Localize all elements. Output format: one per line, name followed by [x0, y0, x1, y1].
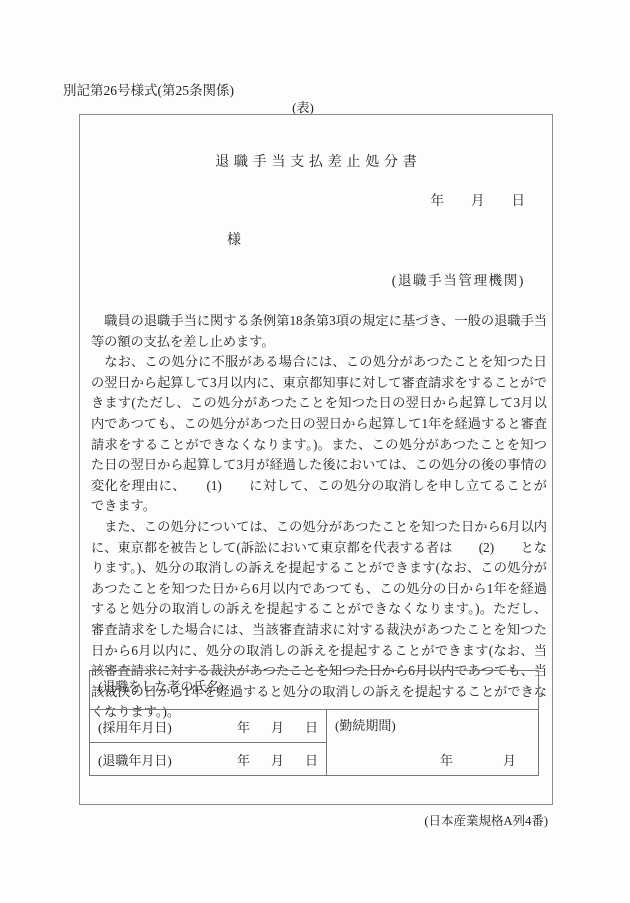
- form-number-label: 別記第26号様式(第25条関係): [63, 79, 234, 99]
- form-border-box: 退職手当支払差止処分書 年 月 日 様 (退職手当管理機関) 職員の退職手当に関…: [79, 114, 553, 805]
- document-page: 別記第26号様式(第25条関係) (表) 退職手当支払差止処分書 年 月 日 様…: [0, 0, 630, 903]
- year-unit: 年: [440, 750, 453, 769]
- month-unit: 月: [271, 750, 284, 769]
- addressee-suffix: 様: [227, 229, 241, 249]
- retiree-name-cell: (退職をした者の氏名): [90, 671, 539, 710]
- service-period-cell: (勤続期間) 年 月: [327, 710, 539, 776]
- issuer-line: (退職手当管理機関): [392, 269, 525, 289]
- table-row: (退職をした者の氏名): [90, 671, 539, 710]
- retiree-info-table: (退職をした者の氏名) (採用年月日) 年 月 日 (勤続期間): [89, 670, 539, 776]
- paragraph-appeal-rights: なお、この処分に不服がある場合には、この処分があつたことを知つた日の翌日から起算…: [91, 352, 547, 517]
- day-unit: 日: [305, 717, 318, 736]
- body-text: 職員の退職手当に関する条例第18条第3項の規定に基づき、一般の退職手当等の額の支…: [91, 311, 547, 723]
- hire-date-cell: (採用年月日) 年 月 日: [90, 710, 327, 743]
- table-row: (採用年月日) 年 月 日 (勤続期間) 年 月: [90, 710, 539, 743]
- retire-date-cell: (退職年月日) 年 月 日: [90, 743, 327, 776]
- month-unit: 月: [271, 717, 284, 736]
- month-unit: 月: [503, 750, 516, 769]
- paper-size-note: (日本産業規格A列4番): [424, 811, 548, 829]
- document-title: 退職手当支払差止処分書: [80, 151, 552, 171]
- paragraph-suspension-notice: 職員の退職手当に関する条例第18条第3項の規定に基づき、一般の退職手当等の額の支…: [91, 311, 547, 352]
- year-unit: 年: [237, 750, 250, 769]
- year-unit: 年: [237, 717, 250, 736]
- date-blank-line: 年 月 日: [431, 189, 526, 209]
- retire-date-label: (退職年月日): [98, 750, 172, 769]
- service-period-label: (勤続期間): [327, 710, 538, 734]
- retiree-name-label: (退職をした者の氏名): [90, 671, 538, 695]
- hire-date-label: (採用年月日): [98, 717, 172, 736]
- day-unit: 日: [305, 750, 318, 769]
